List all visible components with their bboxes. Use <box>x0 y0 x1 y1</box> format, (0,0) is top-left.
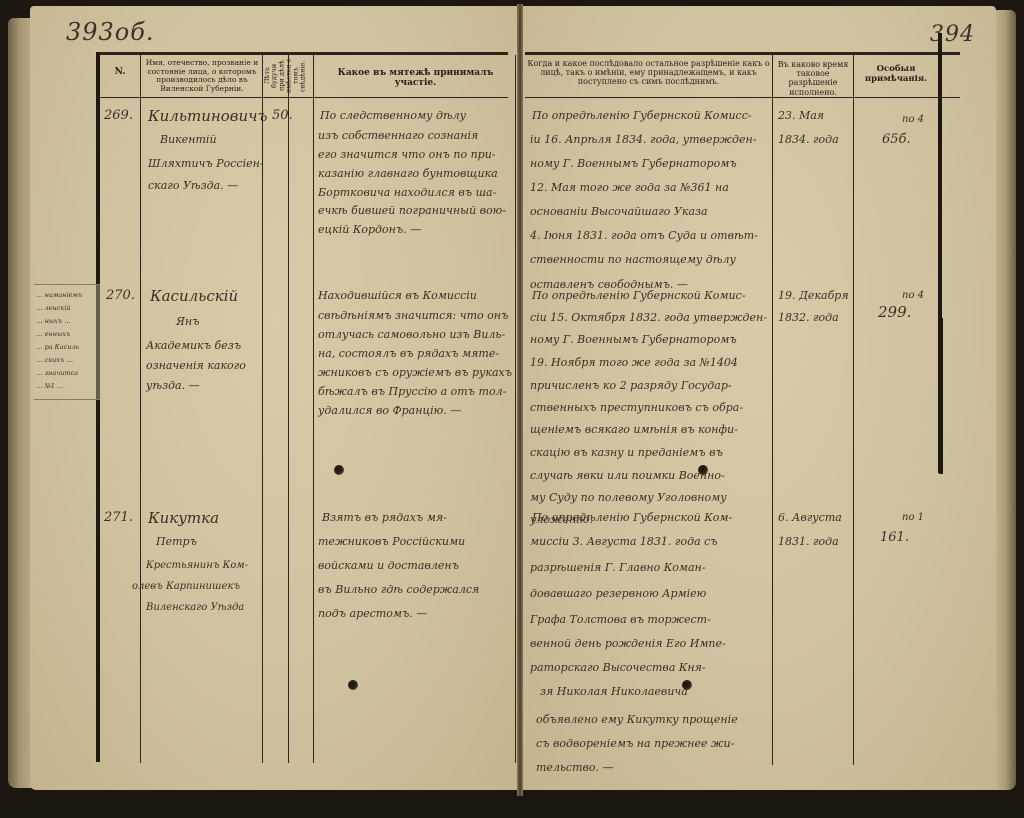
column-divider-decision <box>772 55 773 765</box>
column-divider-number <box>140 55 141 763</box>
column-divider-age-right <box>313 55 314 763</box>
row-number: 270. <box>106 284 135 308</box>
header-decision: Когда и какое послѣдовало остальное разр… <box>527 59 770 87</box>
column-divider-age <box>288 55 289 763</box>
header-executed: Въ каково время таковое разрѣшеніе испол… <box>774 60 852 97</box>
header-bottom-rule-left <box>100 97 508 98</box>
book-gutter <box>517 4 523 796</box>
folio-left: 393об. <box>66 18 155 46</box>
binding-hole <box>348 680 358 690</box>
header-number: N. <box>100 67 140 77</box>
header-remarks: Особыя примѣчанія. <box>855 65 937 85</box>
binding-hole <box>334 465 344 475</box>
header-top-rule-left <box>100 52 508 55</box>
left-page-outer-border <box>96 52 100 762</box>
header-name: Имя, отечество, прозваніе и состояніе ли… <box>144 59 260 94</box>
header-age: Лѣта будучи при дѣлѣ имѣется о томъ свѣд… <box>264 57 312 95</box>
folio-right: 394 <box>930 22 975 47</box>
binding-hole <box>682 680 692 690</box>
header-top-rule-right <box>525 52 960 55</box>
row-number: 269. <box>104 104 133 128</box>
header-participation: Какое въ мятежѣ принималъ участіе. <box>318 68 513 89</box>
column-divider-participation <box>515 55 516 763</box>
row-age: 50. <box>272 104 293 128</box>
row-number: 271. <box>104 506 133 530</box>
column-divider-executed <box>853 55 854 765</box>
right-page-outer-border-lower <box>939 318 943 474</box>
header-bottom-rule-right <box>525 97 960 98</box>
binding-hole <box>698 465 708 475</box>
